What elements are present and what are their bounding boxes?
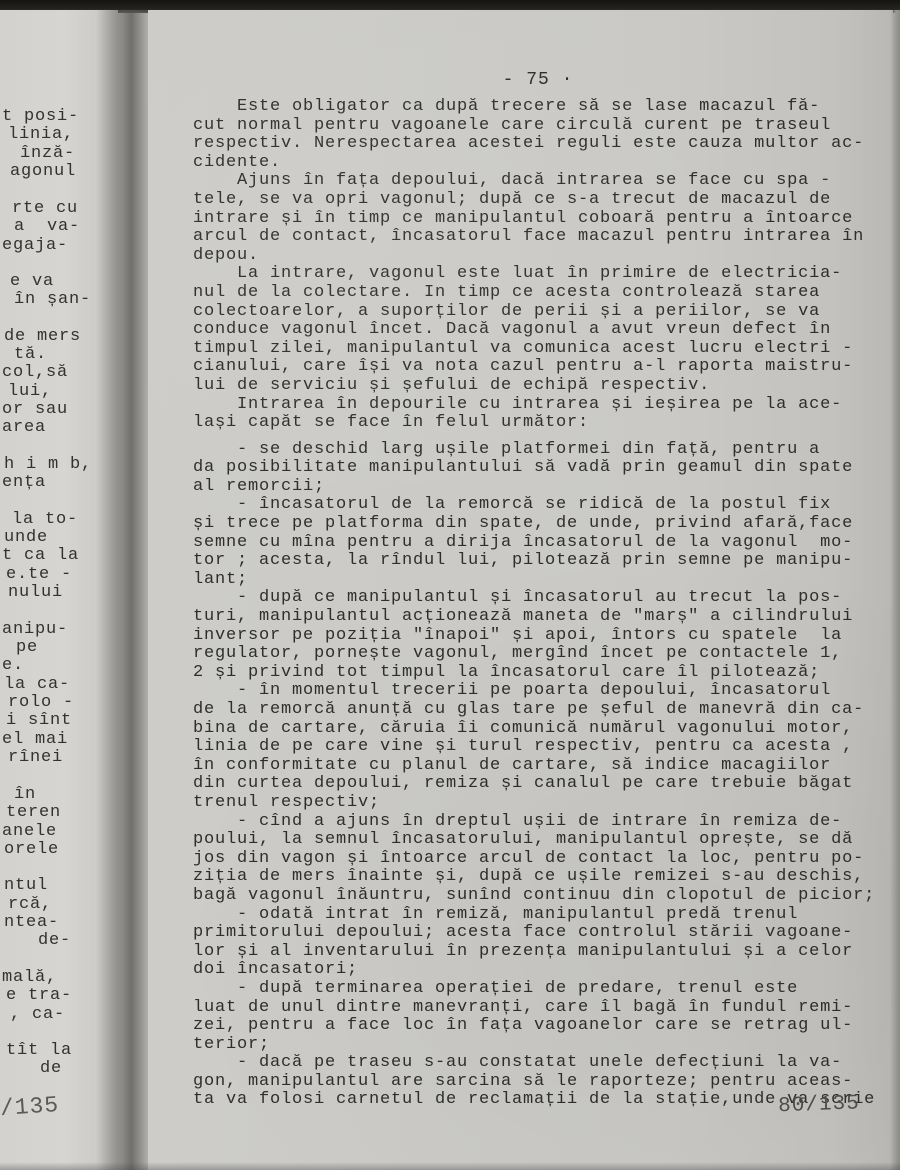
prev-page-fragment: rte cu (12, 200, 78, 219)
text-line: - după ce manipulantul și încasatorul au… (193, 589, 885, 608)
text-line: de la remorcă anunță cu glas tare pe șef… (193, 701, 885, 720)
prev-page-fragment: e tra- (6, 987, 72, 1006)
text-line: și trece pe platforma din spate, de unde… (193, 515, 885, 534)
text-line: trenul respectiv; (193, 794, 885, 813)
prev-page-fragment: a va- (14, 218, 80, 237)
prev-page-fragment: anipu- (2, 621, 68, 640)
prev-page-fragment: anele (2, 823, 57, 842)
prev-page-fragment: rcă, (8, 896, 52, 915)
text-line: turi, manipulantul acționează maneta de … (193, 608, 885, 627)
text-line: - cînd a ajuns în dreptul ușii de intrar… (193, 813, 885, 832)
text-line: - dacă pe traseu s-au constatat unele de… (193, 1054, 885, 1073)
text-line: zei, pentru a face loc în fața vagoanelo… (193, 1017, 885, 1036)
text-line: La intrare, vagonul este luat în primire… (193, 265, 885, 284)
text-line: primitorului depoului; acesta face contr… (193, 924, 885, 943)
text-line: - după terminarea operației de predare, … (193, 980, 885, 999)
text-line: lor și al inventarului în prezența manip… (193, 943, 885, 962)
text-line: din curtea depoului, remiza și canalul p… (193, 775, 885, 794)
prev-page-fragment: egaja- (2, 237, 68, 256)
prev-page-fragment: e. (2, 657, 24, 676)
paragraph: - după ce manipulantul și încasatorul au… (193, 589, 885, 682)
prev-page-fragment: tă. (14, 346, 47, 365)
paragraph: La intrare, vagonul este luat în primire… (193, 265, 885, 395)
paragraph: - după terminarea operației de predare, … (193, 980, 885, 1054)
text-line: doi încasatori; (193, 961, 885, 980)
prev-page-fragment: t ca la (2, 547, 79, 566)
prev-page-fragment: de mers (4, 328, 81, 347)
text-line: jos din vagon și întoarce arcul de conta… (193, 850, 885, 869)
text-line: semne cu mîna pentru a dirija încasatoru… (193, 534, 885, 553)
text-line: - se deschid larg ușile platformei din f… (193, 441, 885, 460)
text-line: terior; (193, 1036, 885, 1055)
paragraph: - odată intrat în remiză, manipulantul p… (193, 906, 885, 980)
scanned-page: t posi-linia,înză-agonulrte cua va-egaja… (0, 0, 900, 1170)
text-line: conduce vagonul încet. Dacă vagonul a av… (193, 321, 885, 340)
text-line: - în momentul trecerii pe poarta depoulu… (193, 682, 885, 701)
text-line: colectoarelor, a suporților de perii și … (193, 303, 885, 322)
paragraph: - încasatorul de la remorcă se ridică de… (193, 496, 885, 589)
prev-page-fragment: h i m b, (4, 456, 92, 475)
prev-page-fragment: pe (16, 639, 38, 658)
prev-page-fragment: unde (4, 529, 48, 548)
text-line: gon, manipulantul are sarcina să le rapo… (193, 1073, 885, 1092)
prev-page-fragment: lui, (8, 383, 52, 402)
text-line: Intrarea în depourile cu intrarea și ieș… (193, 396, 885, 415)
paragraph: - se deschid larg ușile platformei din f… (193, 441, 885, 497)
text-line: arcul de contact, încasatorul face macaz… (193, 228, 885, 247)
prev-page-fragment: el mai (2, 731, 68, 750)
prev-page-fragment: ența (2, 474, 46, 493)
text-line: cidente. (193, 154, 885, 173)
prev-page-fragment: rolo - (8, 694, 74, 713)
prev-page-fragment: la to- (12, 511, 78, 530)
prev-page-fragment: teren (6, 804, 61, 823)
text-line: cut normal pentru vagoanele care circulă… (193, 117, 885, 136)
prev-page-fragment: , ca- (10, 1006, 65, 1025)
text-line: - odată intrat în remiză, manipulantul p… (193, 906, 885, 925)
text-line: inversor pe poziția "înapoi" și apoi, în… (193, 627, 885, 646)
prev-page-footer-number: /135 (0, 1096, 60, 1119)
text-line: cianului, care își va nota cazul pentru … (193, 358, 885, 377)
page-number: - 75 · (193, 70, 883, 90)
prev-page-fragment: înză- (20, 145, 75, 164)
text-line: da posibilitate manipulantului să vadă p… (193, 459, 885, 478)
text-line: lași capăt se face în felul următor: (193, 414, 885, 433)
prev-page-fragment: de (40, 1060, 62, 1079)
text-line: bina de cartare, căruia îi comunică numă… (193, 720, 885, 739)
text-line: bagă vagonul înăuntru, sunînd continuu d… (193, 887, 885, 906)
prev-page-fragment: nului (8, 584, 63, 603)
text-line: tor ; acesta, la rîndul lui, pilotează p… (193, 552, 885, 571)
prev-page-fragment: ntul (4, 877, 48, 896)
prev-page-fragment: linia, (8, 126, 74, 145)
prev-page-fragment: la ca- (4, 676, 70, 695)
text-line: Este obligator ca după trecere să se las… (193, 98, 885, 117)
prev-page-fragment: area (2, 419, 46, 438)
prev-page-fragment: agonul (10, 163, 76, 182)
text-line: tele, se va opri vagonul; după ce s-a tr… (193, 191, 885, 210)
text-line: - încasatorul de la remorcă se ridică de… (193, 496, 885, 515)
text-line: depou. (193, 247, 885, 266)
prev-page-fragment: mală, (2, 969, 57, 988)
prev-page-fragment: e va (10, 273, 54, 292)
text-line: nul de la colectare. In timp ce acesta c… (193, 284, 885, 303)
prev-page-fragment: în șan- (14, 291, 91, 310)
paragraph: - în momentul trecerii pe poarta depoulu… (193, 682, 885, 812)
text-line: linia de pe care vine și turul respectiv… (193, 738, 885, 757)
prev-page-fragment: ntea- (4, 914, 59, 933)
prev-page-fragment: e.te - (6, 566, 72, 585)
scan-edge-right (890, 10, 900, 1170)
prev-page-fragment: în (14, 786, 36, 805)
prev-page-fragment: col,să (2, 364, 68, 383)
prev-page-fragment: or sau (2, 401, 68, 420)
text-line: în conformitate cu planul de cartare, să… (193, 757, 885, 776)
body-text: Este obligator ca după trecere să se las… (193, 98, 885, 1110)
text-line: lant; (193, 571, 885, 590)
paragraph: Este obligator ca după trecere să se las… (193, 98, 885, 172)
paragraph: - cînd a ajuns în dreptul ușii de intrar… (193, 813, 885, 906)
text-line: poului, la semnul încasatorului, manipul… (193, 831, 885, 850)
paragraph: Ajuns în fața depoului, dacă intrarea se… (193, 172, 885, 265)
prev-page-fragment: tît la (6, 1042, 72, 1061)
prev-page-fragment: rînei (8, 749, 63, 768)
prev-page-fragment: de- (38, 932, 71, 951)
paragraph: Intrarea în depourile cu intrarea și ieș… (193, 396, 885, 433)
text-line: timpul zilei, manipulantul va comunica a… (193, 340, 885, 359)
scan-edge-bottom (0, 1162, 900, 1170)
text-line: 2 și privind tot timpul la încasatorul c… (193, 664, 885, 683)
text-line: lui de serviciu și șefului de echipă res… (193, 377, 885, 396)
document-page: - 75 · Este obligator ca după trecere să… (148, 10, 893, 1170)
text-line: luat de unul dintre manevranți, care îl … (193, 999, 885, 1018)
text-line: regulator, pornește vagonul, mergînd înc… (193, 645, 885, 664)
prev-page-fragment: i sînt (6, 712, 72, 731)
prev-page-fragment: orele (4, 841, 59, 860)
text-line: Ajuns în fața depoului, dacă intrarea se… (193, 172, 885, 191)
text-line: al remorcii; (193, 478, 885, 497)
text-line: respectiv. Nerespectarea acestei reguli … (193, 135, 885, 154)
text-line: intrare și în timp ce manipulantul coboa… (193, 210, 885, 229)
prev-page-fragment: t posi- (2, 108, 79, 127)
text-line: ziția de mers înainte și, după ce ușile … (193, 868, 885, 887)
